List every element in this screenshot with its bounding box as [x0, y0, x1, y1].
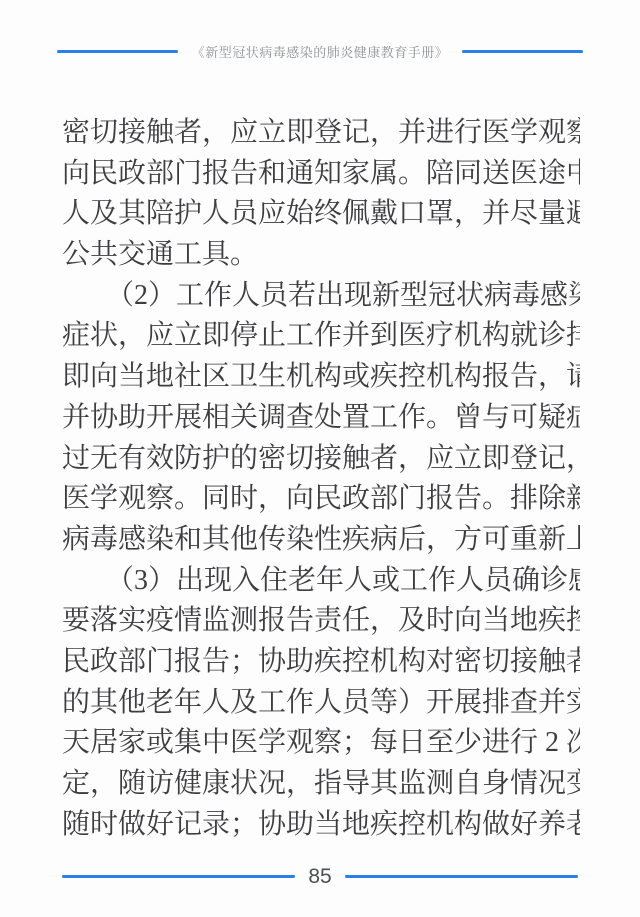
paragraph: （2）工作人员若出现新型冠状病毒感染的可疑 症状，应立即停止工作并到医疗机构就诊… [62, 276, 580, 561]
page-header: 《新型冠状病毒感染的肺炎健康教育手册》 [0, 42, 640, 61]
header-rule-left [57, 50, 178, 53]
body-text-line: 公共交通工具。 [62, 235, 580, 276]
body-text-line: 人及其陪护人员应始终佩戴口罩，并尽量避免乘坐 [62, 194, 580, 235]
body-text-line: 随时做好记录；协助当地疾控机构做好养老机构终 [62, 805, 580, 846]
body-text-line: 密切接触者，应立即登记，并进行医学观察。同时， [62, 113, 580, 154]
paragraph: （3）出现入住老年人或工作人员确诊感染的， 要落实疫情监测报告责任，及时向当地疾… [62, 561, 580, 846]
header-title: 《新型冠状病毒感染的肺炎健康教育手册》 [192, 42, 449, 61]
paragraph: 密切接触者，应立即登记，并进行医学观察。同时， 向民政部门报告和通知家属。陪同送… [62, 113, 580, 276]
body-text-line: 并协助开展相关调查处置工作。曾与可疑症状者有 [62, 398, 580, 439]
handbook-page: 《新型冠状病毒感染的肺炎健康教育手册》 密切接触者，应立即登记，并进行医学观察。… [0, 0, 640, 917]
body-text-line: 要落实疫情监测报告责任，及时向当地疾控机构和 [62, 601, 580, 642]
body-text-line: 即向当地社区卫生机构或疾控机构报告，请求指导， [62, 357, 580, 398]
body-text: 密切接触者，应立即登记，并进行医学观察。同时， 向民政部门报告和通知家属。陪同送… [62, 113, 580, 845]
body-text-line: 天居家或集中医学观察；每日至少进行 2 次体温测 [62, 723, 580, 764]
body-text-line: 定，随访健康状况，指导其监测自身情况变化，并 [62, 764, 580, 805]
footer-rule-right [345, 875, 578, 878]
page-number: 85 [308, 866, 331, 887]
body-text-line: 的其他老年人及工作人员等）开展排查并实施 14 [62, 683, 580, 724]
body-text-line: 向民政部门报告和通知家属。陪同送医途中，老年 [62, 154, 580, 195]
body-text-line: （2）工作人员若出现新型冠状病毒感染的可疑 [62, 276, 580, 317]
body-text-line: 病毒感染和其他传染性疾病后，方可重新上岗。 [62, 520, 580, 561]
body-text-line: 过无有效防护的密切接触者，应立即登记，并进行 [62, 439, 580, 480]
header-rule-right [462, 50, 583, 53]
body-text-line: 症状，应立即停止工作并到医疗机构就诊排查，立 [62, 316, 580, 357]
footer-rule-left [62, 875, 295, 878]
page-footer: 85 [62, 866, 578, 887]
body-text-line: （3）出现入住老年人或工作人员确诊感染的， [62, 561, 580, 602]
body-text-line: 民政部门报告；协助疾控机构对密切接触者（接触 [62, 642, 580, 683]
body-text-line: 医学观察。同时，向民政部门报告。排除新型冠状 [62, 479, 580, 520]
